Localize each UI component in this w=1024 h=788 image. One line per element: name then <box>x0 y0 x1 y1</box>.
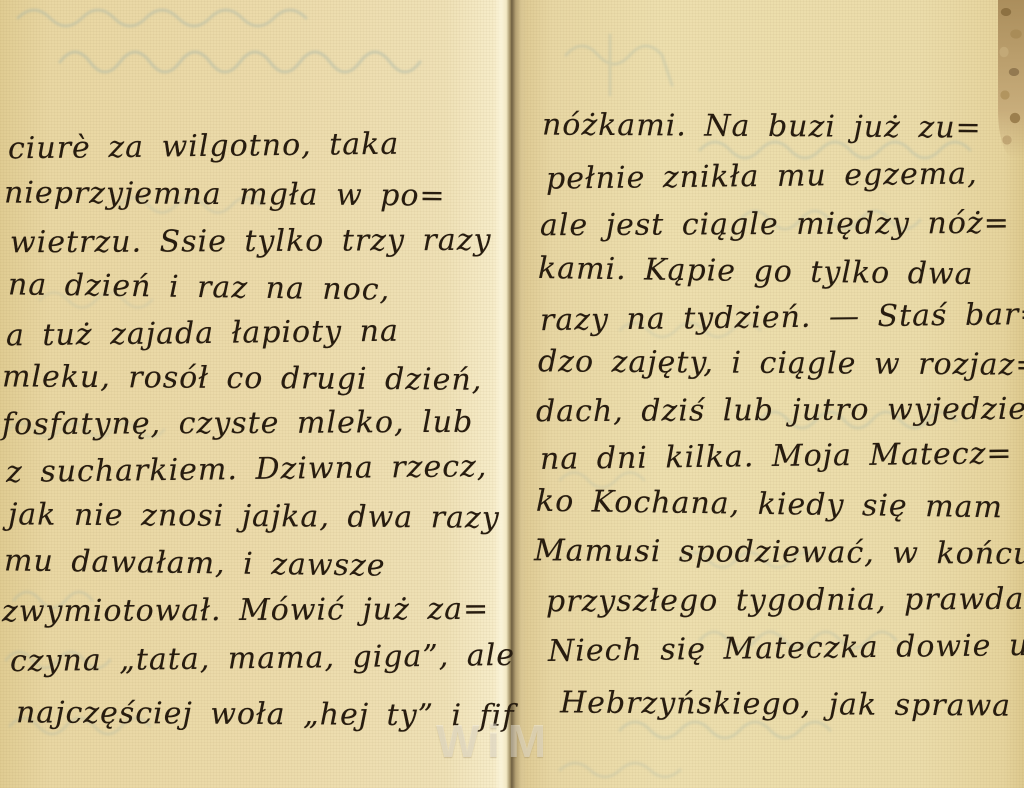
handwritten-line: nieprzyjemna mgła w po= <box>4 178 446 211</box>
handwritten-line: Niech się Mateczka dowie u <box>548 631 1024 667</box>
handwritten-line: ko Kochana, kiedy się mam <box>536 487 1003 524</box>
handwritten-line: z sucharkiem. Dziwna rzecz, <box>6 452 488 488</box>
handwritten-line: nóżkami. Na buzi już zu= <box>542 110 982 143</box>
handwritten-line: mleku, rosół co drugi dzień, <box>2 362 483 395</box>
handwritten-line: mu dawałam, i zawsze <box>4 546 386 581</box>
handwritten-line: na dzień i raz na noc, <box>8 270 391 305</box>
handwritten-line: ciurè za wilgotno, taka <box>8 130 400 165</box>
handwritten-line: ale jest ciągle między nóż= <box>540 209 1010 241</box>
handwritten-line: zwymiotował. Mówić już za= <box>2 595 489 628</box>
handwritten-line: a tuż zajada łapioty na <box>6 317 399 352</box>
handwritten-line: czyna „tata, mama, giga”, ale <box>10 641 515 677</box>
handwritten-line: fosfatynę, czyste mleko, lub <box>2 408 473 440</box>
handwritten-line: dzo zajęty, i ciągle w rozjaz= <box>538 347 1024 381</box>
handwritten-line: przyszłego tygodnia, prawda? <box>546 585 1024 618</box>
handwritten-line: kami. Kąpie go tylko dwa <box>538 254 974 290</box>
handwritten-line: Hebrzyńskiego, jak sprawa <box>560 688 1011 721</box>
handwritten-line: Mamusi spodziewać, w końcu <box>534 536 1024 569</box>
handwritten-line: razy na tydzień. — Staś bar= <box>540 300 1024 336</box>
handwritten-line: wietrzu. Ssie tylko trzy razy <box>10 226 492 259</box>
handwritten-line: jak nie znosi jajka, dwa razy <box>8 500 500 533</box>
handwritten-line: dach, dziś lub jutro wyjedzie <box>536 395 1024 428</box>
handwritten-line: pełnie znikła mu egzema, <box>546 159 978 194</box>
book-spread: ciurè za wilgotno, taka nieprzyjemna mgł… <box>0 0 1024 788</box>
cover-edge <box>998 0 1024 158</box>
archive-watermark: WiM <box>436 714 554 768</box>
handwritten-line: na dni kilka. Moja Matecz= <box>540 439 1013 475</box>
